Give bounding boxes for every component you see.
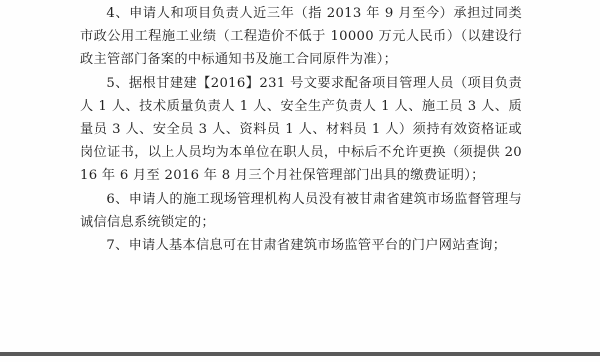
document-body: 4、申请人和项目负责人近三年（指 2013 年 9 月至今）承担过同类市政公用工… bbox=[80, 2, 522, 257]
paragraph-requirement-4: 4、申请人和项目负责人近三年（指 2013 年 9 月至今）承担过同类市政公用工… bbox=[80, 2, 522, 72]
paragraph-requirement-6: 6、申请人的施工现场管理机构人员没有被甘肃省建筑市场监督管理与诚信信息系统锁定的… bbox=[80, 188, 522, 234]
page-bottom-divider bbox=[0, 352, 600, 356]
paragraph-requirement-5: 5、据根甘建建【2016】231 号文要求配备项目管理人员（项目负责人 1 人、… bbox=[80, 72, 522, 188]
paragraph-requirement-7: 7、申请人基本信息可在甘肃省建筑市场监管平台的门户网站查询； bbox=[80, 234, 522, 257]
